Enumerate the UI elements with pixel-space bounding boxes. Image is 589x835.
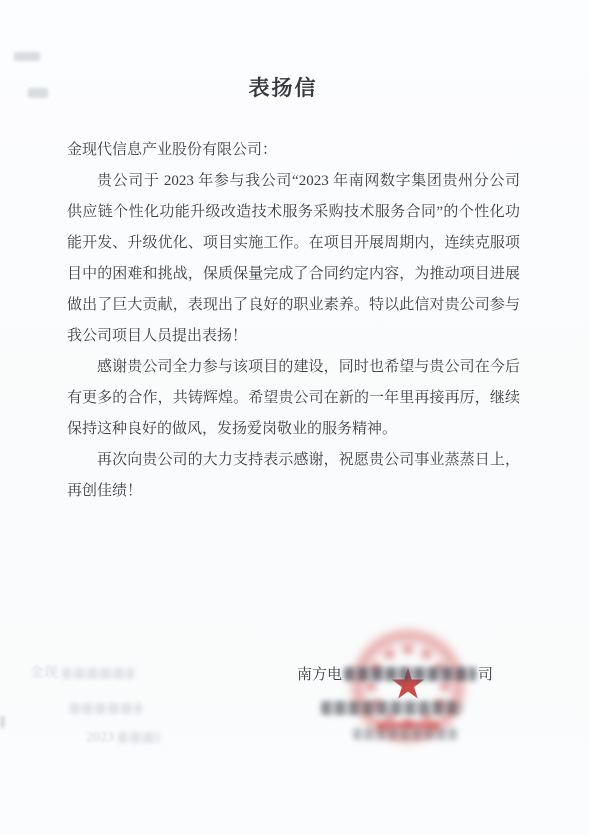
bleed-through-line: 2023 — [86, 731, 160, 745]
bleed-through-text: 金现 — [30, 666, 58, 681]
bleed-through-line — [70, 702, 142, 716]
letter-title: 表扬信 — [55, 72, 511, 102]
bleed-through-line: 金现 — [30, 667, 134, 681]
body-line: 保持这种良好的做风，发扬爱岗敬业的服务精神。 — [67, 414, 520, 445]
redacted-date-line — [353, 728, 457, 740]
redacted-signature-line — [321, 701, 462, 715]
scanned-letter-page: 表扬信 金现代信息产业股份有限公司： 贵公司于 2023 年参与我公司“2023… — [0, 0, 589, 835]
official-seal-stamp — [351, 629, 465, 743]
scan-artifact-speck — [14, 52, 40, 61]
signature-company-line: 南方电司 — [297, 664, 493, 686]
body-line: 做出了巨大贡献，表现出了良好的职业素养。特以此信对贵公司参与 — [67, 290, 520, 321]
body-line: 贵公司于 2023 年参与我公司“2023 年南网数字集团贵州分公司 — [67, 166, 520, 197]
signature-company-prefix: 南方电 — [297, 667, 342, 683]
body-line: 感谢贵公司全力参与该项目的建设，同时也希望与贵公司在今后 — [67, 352, 520, 383]
bleed-through-blob — [70, 703, 142, 714]
letter-body: 金现代信息产业股份有限公司： 贵公司于 2023 年参与我公司“2023 年南网… — [67, 135, 520, 507]
scan-artifact-speck — [28, 88, 48, 98]
bleed-through-blob — [118, 732, 160, 743]
signature-company-suffix: 司 — [478, 667, 493, 683]
body-line: 能开发、升级优化、项目实施工作。在项目开展周期内，连续克服项 — [67, 228, 520, 259]
scan-artifact-speck — [0, 716, 5, 728]
redacted-company-name — [344, 667, 476, 681]
bleed-through-text: 2023 — [86, 730, 114, 745]
body-line: 再创佳绩！ — [67, 476, 520, 507]
salutation-line: 金现代信息产业股份有限公司： — [67, 135, 520, 166]
bleed-through-blob — [62, 668, 134, 679]
body-line: 我公司项目人员提出表扬！ — [67, 321, 520, 352]
body-line: 供应链个性化功能升级改造技术服务采购技术服务合同”的个性化功 — [67, 197, 520, 228]
body-line: 再次向贵公司的大力支持表示感谢，祝愿贵公司事业蒸蒸日上， — [67, 445, 520, 476]
body-line: 目中的困难和挑战，保质保量完成了合同约定内容，为推动项目进展 — [67, 259, 520, 290]
body-line: 有更多的合作，共铸辉煌。希望贵公司在新的一年里再接再厉，继续 — [67, 383, 520, 414]
